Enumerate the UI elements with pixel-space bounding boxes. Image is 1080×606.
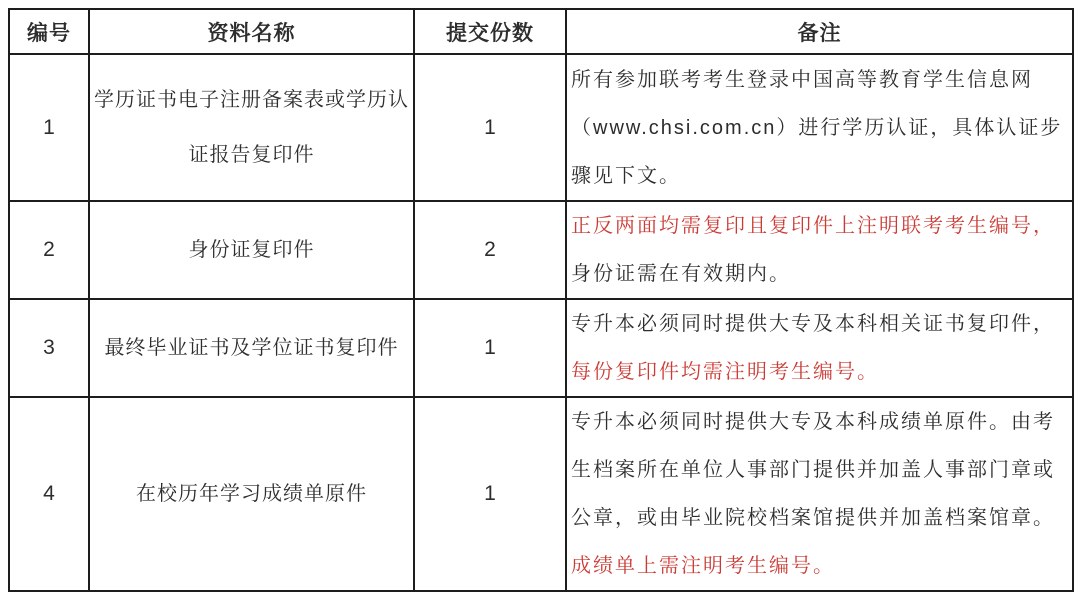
material-name-text: 身份证复印件 xyxy=(189,239,315,261)
remark-segment: 专升本必须同时提供大专及本科相关证书复印件， xyxy=(571,313,1055,335)
header-cell-remarks: 备注 xyxy=(566,9,1073,54)
copies-text: 1 xyxy=(484,116,496,139)
cell-number: 3 xyxy=(9,299,89,397)
cell-remark: 所有参加联考考生登录中国高等教育学生信息网（www.chsi.com.cn）进行… xyxy=(566,54,1073,201)
table-row: 1 学历证书电子注册备案表或学历认证报告复印件 1 所有参加联考考生登录中国高等… xyxy=(9,54,1073,201)
row-number-text: 3 xyxy=(43,336,55,359)
table-body: 1 学历证书电子注册备案表或学历认证报告复印件 1 所有参加联考考生登录中国高等… xyxy=(9,54,1073,591)
cell-number: 1 xyxy=(9,54,89,201)
cell-copies: 1 xyxy=(414,299,566,397)
material-name-text: 学历证书电子注册备案表或学历认证报告复印件 xyxy=(94,89,409,166)
material-name-text: 在校历年学习成绩单原件 xyxy=(136,483,367,505)
header-cell-copies: 提交份数 xyxy=(414,9,566,54)
cell-copies: 2 xyxy=(414,201,566,299)
row-number-text: 1 xyxy=(43,116,55,139)
materials-table: 编号 资料名称 提交份数 备注 1 学历证书电子注册备案表或学历认证报告复印件 … xyxy=(8,8,1074,592)
remark-segment: 身份证需在有效期内。 xyxy=(571,263,791,285)
cell-number: 4 xyxy=(9,397,89,591)
cell-remark: 专升本必须同时提供大专及本科成绩单原件。由考生档案所在单位人事部门提供并加盖人事… xyxy=(566,397,1073,591)
remark-segment: 每份复印件均需注明考生编号。 xyxy=(571,361,879,383)
copies-text: 1 xyxy=(484,482,496,505)
cell-material-name: 学历证书电子注册备案表或学历认证报告复印件 xyxy=(89,54,414,201)
document-page: 编号 资料名称 提交份数 备注 1 学历证书电子注册备案表或学历认证报告复印件 … xyxy=(0,0,1080,606)
table-row: 3 最终毕业证书及学位证书复印件 1 专升本必须同时提供大专及本科相关证书复印件… xyxy=(9,299,1073,397)
cell-material-name: 最终毕业证书及学位证书复印件 xyxy=(89,299,414,397)
cell-remark: 专升本必须同时提供大专及本科相关证书复印件，每份复印件均需注明考生编号。 xyxy=(566,299,1073,397)
material-name-text: 最终毕业证书及学位证书复印件 xyxy=(105,337,399,359)
header-cell-name: 资料名称 xyxy=(89,9,414,54)
remark-segment: 正反两面均需复印且复印件上注明联考考生编号， xyxy=(571,215,1055,237)
table-row: 2 身份证复印件 2 正反两面均需复印且复印件上注明联考考生编号，身份证需在有效… xyxy=(9,201,1073,299)
table-header-row: 编号 资料名称 提交份数 备注 xyxy=(9,9,1073,54)
table-row: 4 在校历年学习成绩单原件 1 专升本必须同时提供大专及本科成绩单原件。由考生档… xyxy=(9,397,1073,591)
remark-segment: 成绩单上需注明考生编号。 xyxy=(571,555,835,577)
copies-text: 2 xyxy=(484,238,496,261)
header-cell-number: 编号 xyxy=(9,9,89,54)
cell-copies: 1 xyxy=(414,397,566,591)
remark-segment: 专升本必须同时提供大专及本科成绩单原件。由考生档案所在单位人事部门提供并加盖人事… xyxy=(571,411,1055,529)
row-number-text: 2 xyxy=(43,238,55,261)
cell-material-name: 身份证复印件 xyxy=(89,201,414,299)
remark-segment: 所有参加联考考生登录中国高等教育学生信息网（www.chsi.com.cn）进行… xyxy=(571,69,1062,187)
cell-material-name: 在校历年学习成绩单原件 xyxy=(89,397,414,591)
copies-text: 1 xyxy=(484,336,496,359)
cell-copies: 1 xyxy=(414,54,566,201)
cell-number: 2 xyxy=(9,201,89,299)
row-number-text: 4 xyxy=(43,482,55,505)
cell-remark: 正反两面均需复印且复印件上注明联考考生编号，身份证需在有效期内。 xyxy=(566,201,1073,299)
